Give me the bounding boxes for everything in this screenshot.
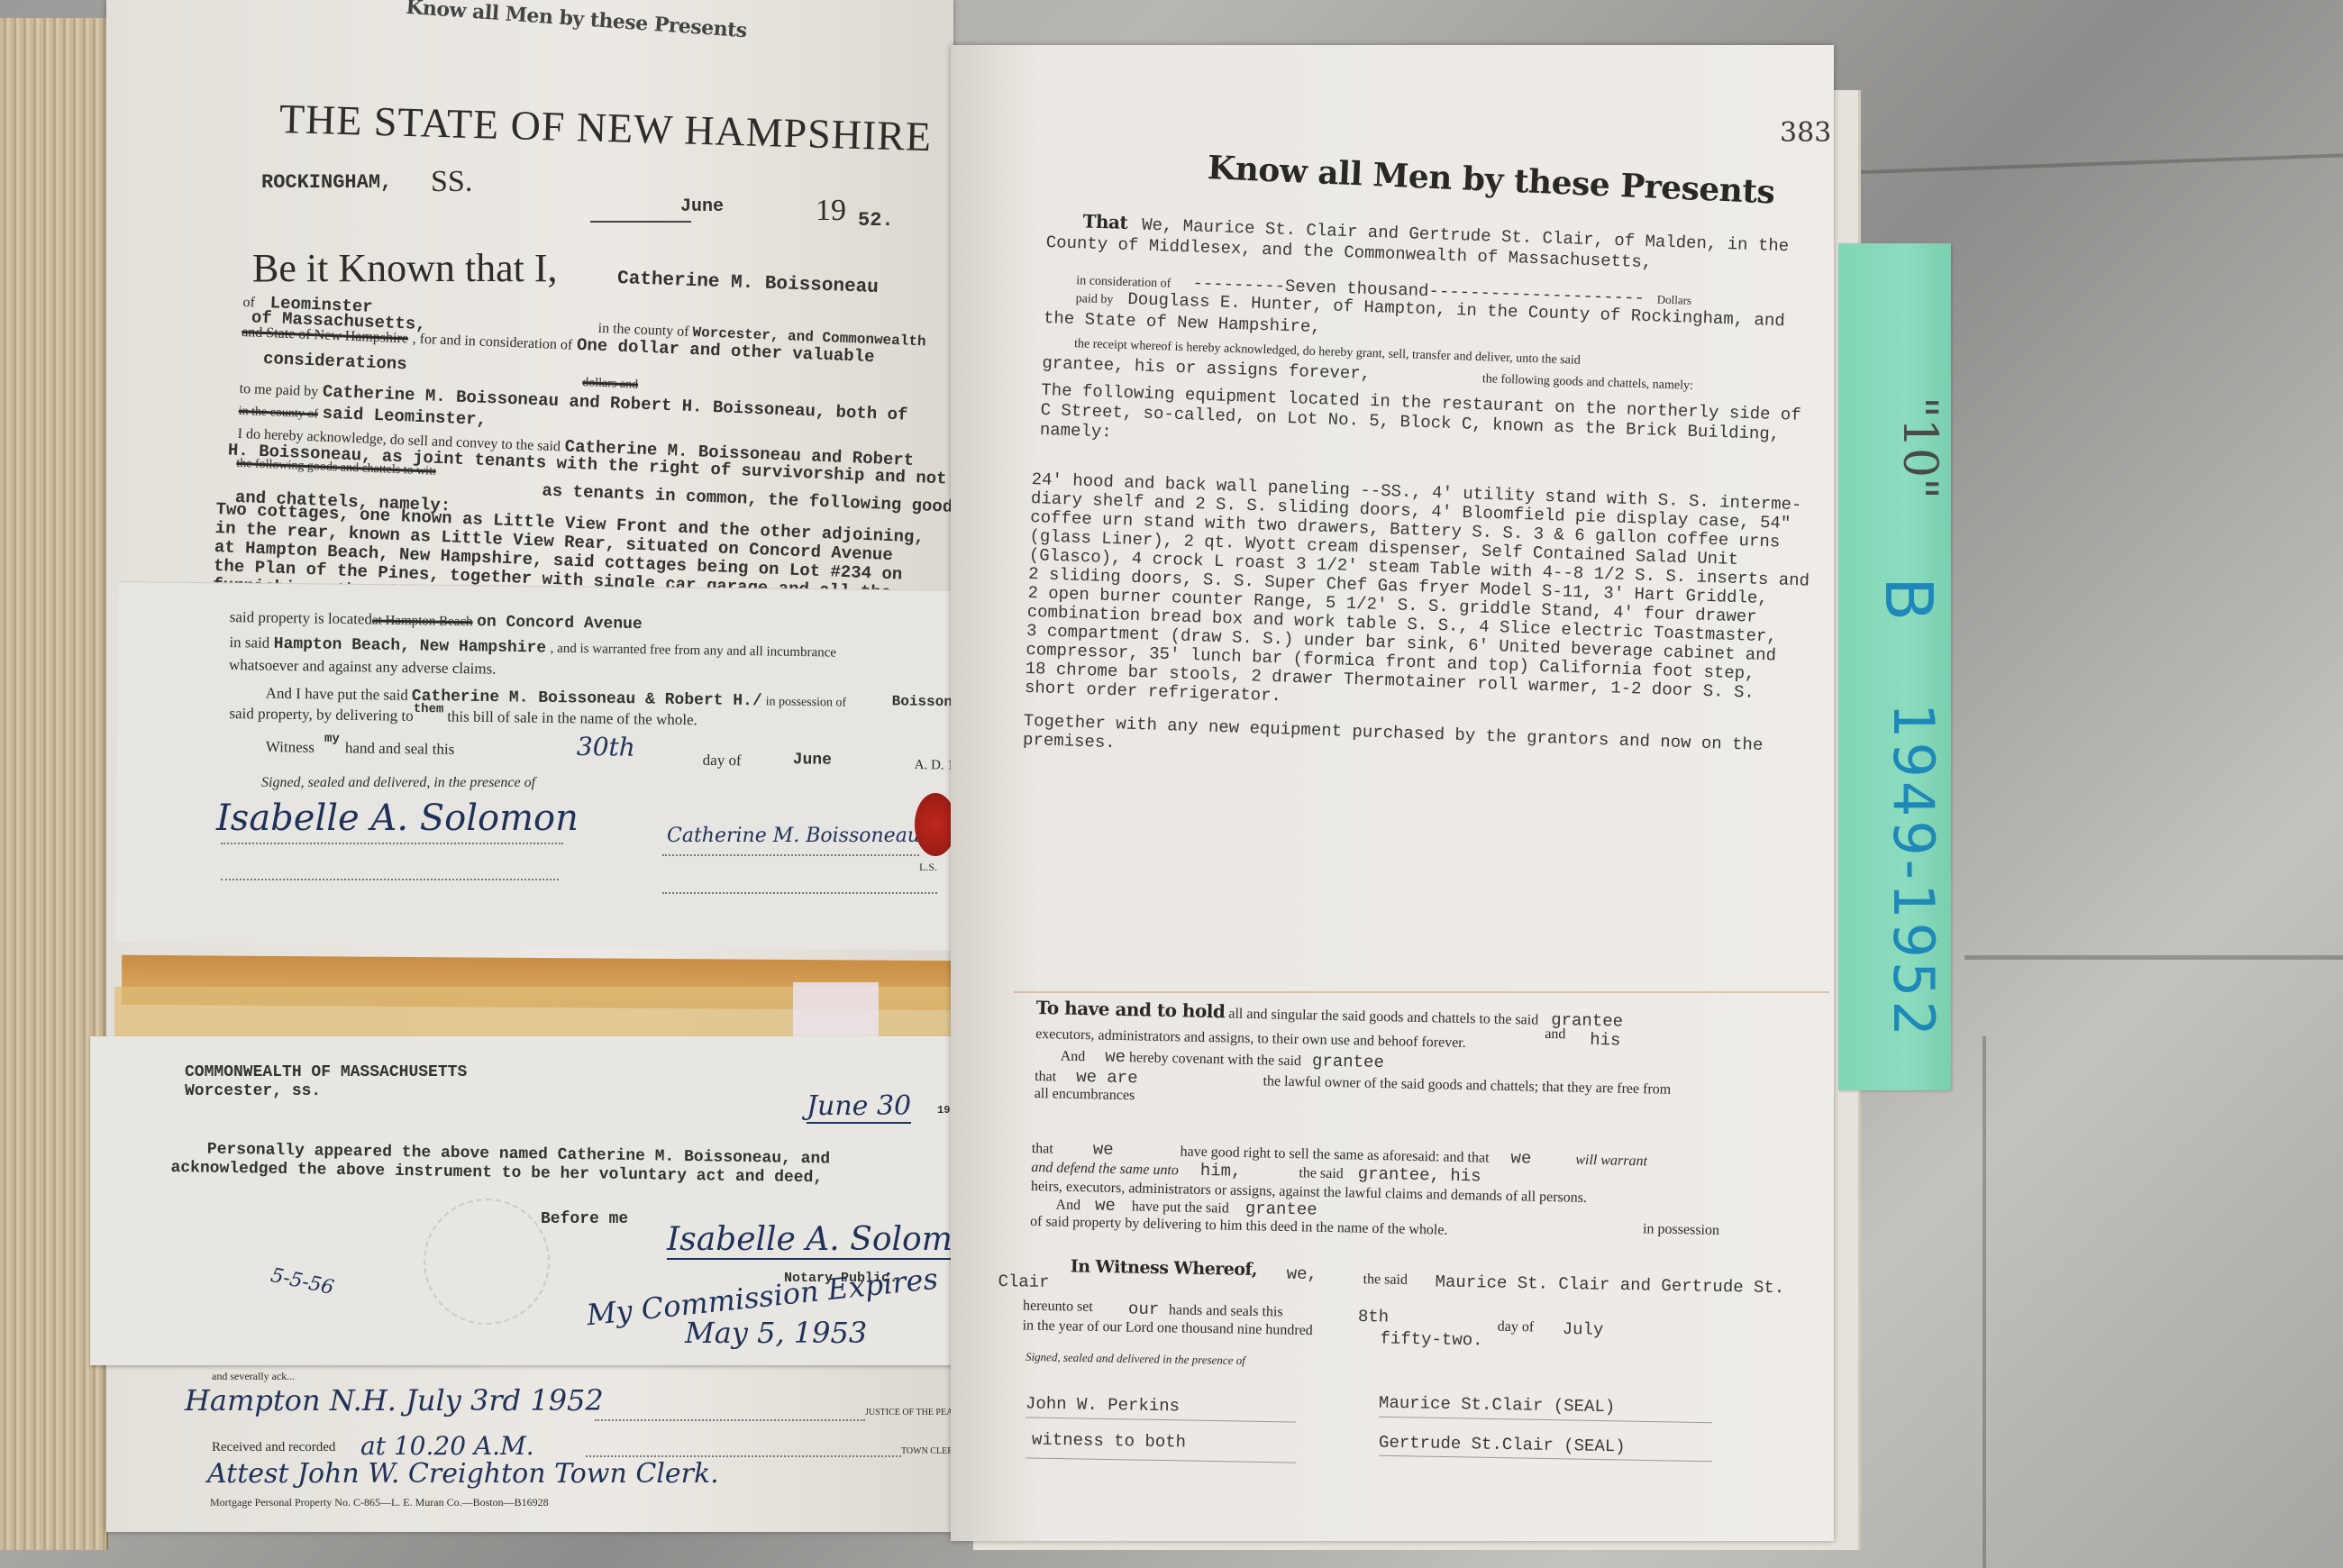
grantor-signature: Catherine M. Boissoneau [667, 825, 920, 847]
witness-day: 30th [577, 734, 635, 761]
date-century: 19 [816, 194, 846, 228]
testimonium-our: our [1128, 1301, 1160, 1319]
ack-county: Worcester, ss. [185, 1082, 467, 1101]
of-label: of [242, 295, 255, 311]
warranty-we-2: we [1510, 1148, 1531, 1168]
signer-1: Maurice St.Clair (SEAL) [1379, 1393, 1616, 1418]
the-said-label: the said [1299, 1165, 1344, 1181]
struck-county: in the county of [238, 405, 318, 422]
witness-signature-line-2 [221, 879, 559, 880]
location-label: said property is located [230, 608, 372, 627]
signed-presence-label: Signed, sealed and delivered, in the pre… [261, 775, 535, 791]
received-label: Received and recorded [212, 1440, 335, 1455]
defend-him: him, [1200, 1161, 1242, 1181]
habendum-text-2: executors, administrators and assigns, t… [1035, 1026, 1466, 1051]
testimonium-we: we, [1287, 1266, 1318, 1284]
date-underline [590, 221, 691, 223]
ls-label: L.S. [919, 861, 937, 874]
them-insert: them [414, 702, 444, 716]
my-insert: my [324, 733, 340, 745]
struck-state: and State of New Hampshire [242, 324, 408, 346]
testimonium-month: July [1563, 1321, 1604, 1339]
ack-heading: COMMONWEALTH OF MASSACHUSETTS Worcester,… [185, 1063, 467, 1101]
location-clause: said property is locatedat Hampton Beach… [229, 608, 837, 682]
notary-signature: Isabelle A. Solomon [667, 1221, 993, 1260]
tab-letter: B [1871, 577, 1946, 621]
put-said-label: And I have put the said [266, 685, 408, 704]
ack-state: COMMONWEALTH OF MASSACHUSETTS [185, 1063, 467, 1082]
defend-text: and defend the same unto [1031, 1160, 1179, 1178]
grantor-signature-line-2 [662, 892, 937, 894]
habendum-text: all and singular the said goods and chat… [1228, 1006, 1538, 1027]
warranty-we: we [1093, 1139, 1114, 1159]
said-property: said property, by delivering to [229, 705, 414, 725]
ss-label: SS. [431, 165, 472, 199]
struck-location: at Hampton Beach [372, 613, 473, 629]
possession-clause: Boissoneau And I have put the said Cathe… [229, 676, 846, 731]
commission-date: May 5, 1953 [685, 1316, 867, 1350]
paid-by-label: paid by [1075, 292, 1113, 306]
the-said-label: the said [1363, 1272, 1408, 1288]
recording-time: at 10.20 A.M. [360, 1431, 534, 1461]
consideration-label: , for and in consideration of [412, 332, 572, 353]
testimonium-year: fifty-two. [1380, 1330, 1482, 1349]
witness-signature: Isabelle A. Solomon [216, 798, 579, 839]
covenant-text: hereby covenant with the said [1129, 1050, 1301, 1069]
justice-line [595, 1419, 865, 1421]
in-possession-label: in possession of [766, 695, 847, 709]
possession-names: Catherine M. Boissoneau & Robert H./ [412, 688, 762, 710]
put-and: And [1055, 1198, 1080, 1214]
we-are: we are [1076, 1067, 1138, 1088]
paid-by-label: to me paid by [239, 381, 318, 399]
habendum-clause: To have and to hold all and singular the… [1035, 998, 1673, 1115]
notary-embossed-seal-icon [424, 1199, 550, 1325]
hand-seal-text: hands and seals this [1169, 1303, 1283, 1319]
rust-stain [1014, 991, 1829, 993]
his-label: his [1590, 1032, 1621, 1050]
warranty-text: , and is warranted free from any and all… [551, 642, 837, 661]
stone-seam [1983, 1036, 1986, 1568]
form-footer: Mortgage Personal Property No. C-865—L. … [210, 1496, 549, 1509]
goods-label: the following goods and chattels, namely… [1482, 372, 1693, 393]
county-of-label: in the county of [597, 321, 688, 340]
grantor-signature-line [662, 854, 919, 856]
warranty-clause: that we have good right to sell the same… [1030, 1140, 1647, 1242]
street-name: on Concord Avenue [477, 613, 643, 634]
tab-years: 1949-1952 [1881, 703, 1946, 1040]
that-label: that [1035, 1069, 1056, 1084]
will-warrant: will warrant [1575, 1153, 1647, 1170]
residence-town: Leominster [269, 293, 373, 317]
put-grantee: grantee [1245, 1199, 1317, 1220]
habendum-heading: To have and to hold [1036, 997, 1226, 1022]
equipment-list: 24' hood and back wall paneling --SS., 4… [1023, 470, 1812, 776]
county-label: ROCKINGHAM, [261, 171, 392, 194]
put-text: have put the said [1132, 1199, 1229, 1216]
in-said-label: in said [229, 634, 269, 652]
grantors-clause: That We, Maurice St. Clair and Gertrude … [1040, 210, 1808, 465]
stone-seam [1847, 153, 2343, 174]
town-clerk-line [586, 1455, 901, 1457]
attest-signature: Attest John W. Creighton Town Clerk. [207, 1458, 719, 1490]
covenant-we: we [1105, 1047, 1126, 1067]
covenant-and: And [1060, 1049, 1085, 1065]
bill-of-sale-text: this bill of sale in the name of the who… [447, 707, 697, 728]
tab-mark: "10" [1892, 397, 1946, 499]
witness-2: witness to both [1032, 1430, 1186, 1453]
stone-seam [1965, 955, 2343, 960]
witness-label: Witness [266, 738, 315, 756]
before-me-label: Before me [541, 1210, 628, 1228]
grantee-residence: said Leominster, [322, 404, 487, 430]
defend-grantee: grantee, his [1358, 1164, 1481, 1187]
ack-date: June 30 [807, 1090, 911, 1124]
in-possession-label: in possession [1643, 1222, 1719, 1238]
date-month: June [680, 196, 724, 217]
be-it-known-heading: Be it Known that I, [252, 245, 558, 291]
witness-month: June [793, 752, 832, 769]
hand-seal-label: hand and seal this [345, 739, 455, 758]
recording-place-date: Hampton N.H. July 3rd 1952 [185, 1383, 604, 1418]
severally-text: and severally ack... [212, 1370, 295, 1383]
day-of-label: day of [1498, 1320, 1535, 1336]
witness-clause: my Witness hand and seal this 30th day o… [266, 739, 455, 758]
witness-1: John W. Perkins [1026, 1394, 1180, 1417]
day-of-label: day of [703, 752, 742, 769]
hereunto-label: hereunto set [1023, 1299, 1093, 1314]
testimonium-heading: In Witness Whereof, [1071, 1258, 1257, 1279]
that-label: That [1082, 210, 1127, 233]
witness-signature-line [221, 843, 563, 844]
that-label: that [1032, 1141, 1053, 1156]
covenant-grantee: grantee [1312, 1051, 1384, 1072]
dollars-label: Dollars [1657, 292, 1692, 306]
testimonium-names-cont: Clair [998, 1273, 1049, 1291]
and-label: and [1545, 1027, 1565, 1042]
town-name: Hampton Beach, New Hampshire [274, 635, 547, 658]
testimonium-day: 8th [1358, 1308, 1390, 1326]
page-number: 383 [1780, 117, 1831, 149]
date-year: 52. [858, 209, 894, 232]
put-we: we [1095, 1195, 1116, 1215]
